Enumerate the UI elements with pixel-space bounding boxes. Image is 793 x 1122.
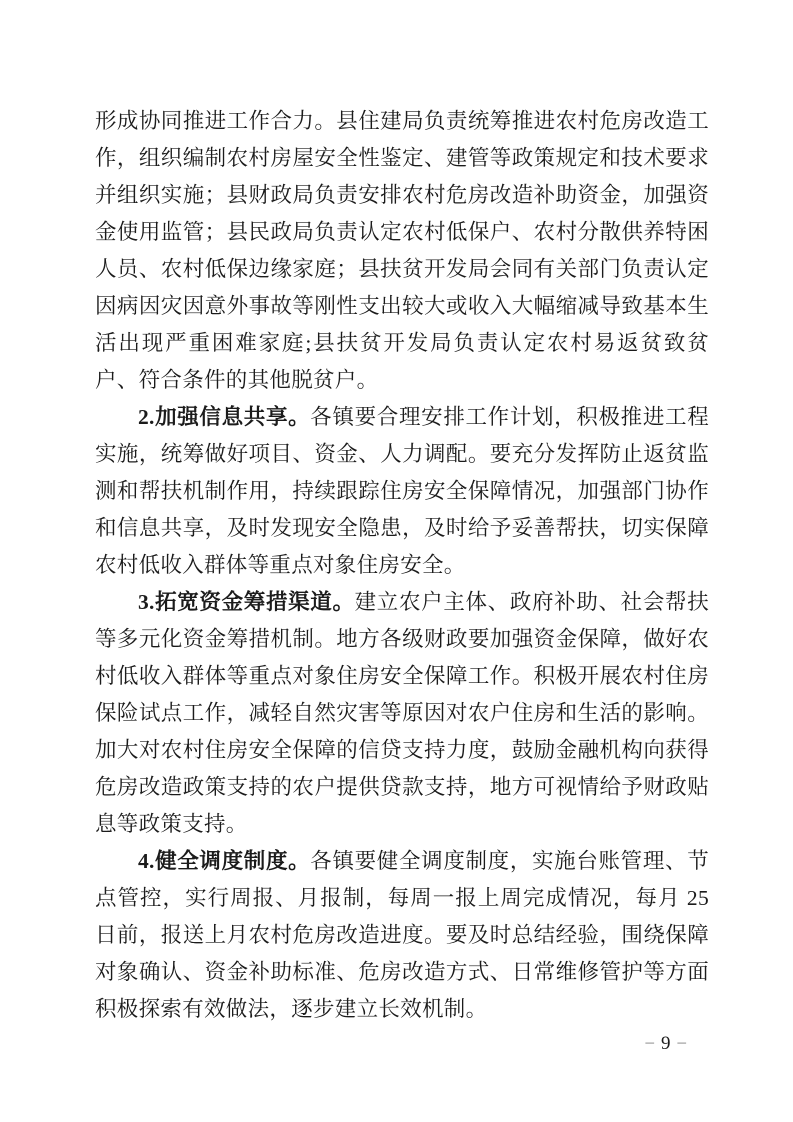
paragraph-responsibilities-text: 形成协同推进工作合力。县住建局负责统筹推进农村危房改造工作，组织编制农村房屋安全… — [95, 109, 709, 392]
paragraph-info-sharing: 2.加强信息共享。各镇要合理安排工作计划，积极推进工程实施，统筹做好项目、资金、… — [95, 399, 709, 584]
page-number-dash-left: – — [646, 1032, 655, 1051]
page-footer: –9– — [639, 1032, 694, 1056]
paragraph-dispatch-system: 4.健全调度制度。各镇要健全调度制度，实施台账管理、节点管控，实行周报、月报制，… — [95, 843, 709, 1028]
paragraph-funding-channels-text: 建立农户主体、政府补助、社会帮扶等多元化资金筹措机制。地方各级财政要加强资金保障… — [95, 590, 709, 836]
paragraph-responsibilities: 形成协同推进工作合力。县住建局负责统筹推进农村危房改造工作，组织编制农村房屋安全… — [95, 103, 709, 399]
paragraph-funding-channels-heading: 3.拓宽资金筹措渠道。 — [138, 590, 355, 614]
paragraph-dispatch-system-heading: 4.健全调度制度。 — [138, 849, 310, 873]
paragraph-info-sharing-text: 各镇要合理安排工作计划，积极推进工程实施，统筹做好项目、资金、人力调配。要充分发… — [95, 405, 709, 577]
page-number: 9 — [661, 1033, 671, 1054]
paragraph-dispatch-system-text: 各镇要健全调度制度，实施台账管理、节点管控，实行周报、月报制，每周一报上周完成情… — [95, 849, 709, 1021]
document-body: 形成协同推进工作合力。县住建局负责统筹推进农村危房改造工作，组织编制农村房屋安全… — [95, 103, 709, 1028]
paragraph-info-sharing-heading: 2.加强信息共享。 — [138, 405, 310, 429]
paragraph-funding-channels: 3.拓宽资金筹措渠道。建立农户主体、政府补助、社会帮扶等多元化资金筹措机制。地方… — [95, 584, 709, 843]
document-page: 形成协同推进工作合力。县住建局负责统筹推进农村危房改造工作，组织编制农村房屋安全… — [0, 0, 793, 1122]
page-number-dash-right: – — [678, 1032, 687, 1051]
